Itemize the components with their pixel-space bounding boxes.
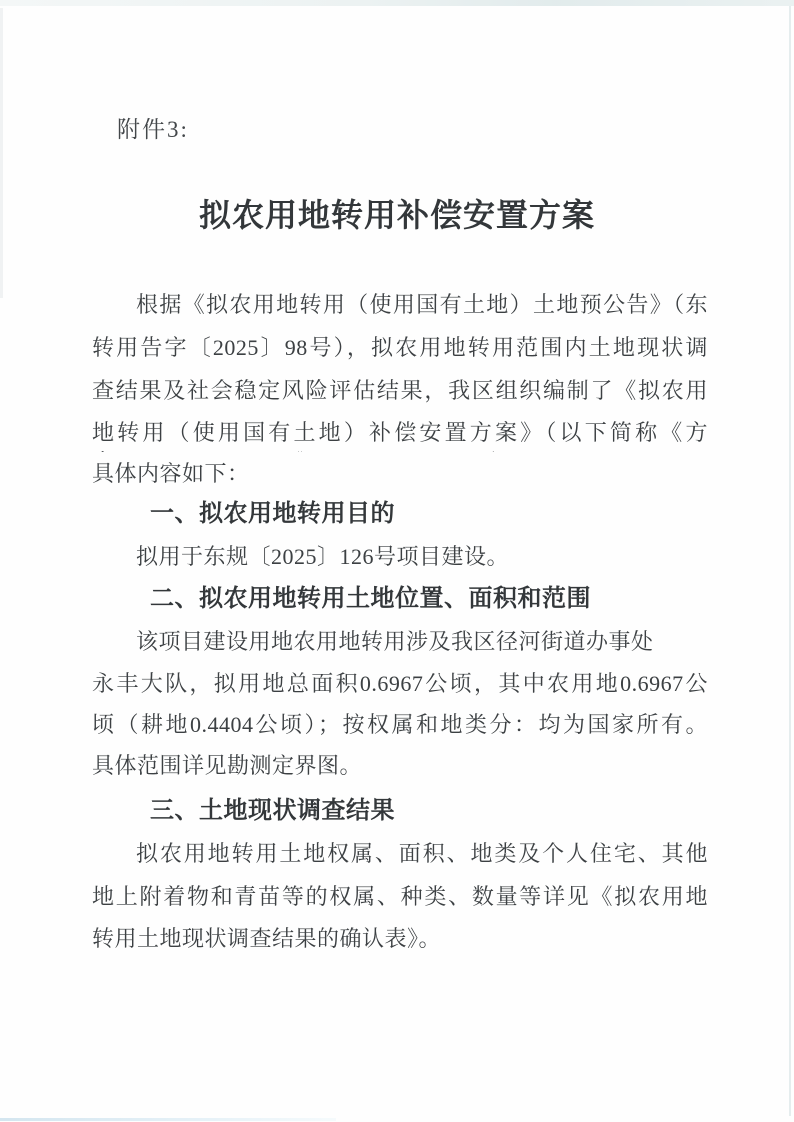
scan-artifact-left-edge [0,8,3,298]
page-title: 拟农用地转用补偿安置方案 [0,190,794,236]
section-heading-2: 二、拟农用地转用土地位置、面积和范围 [92,584,708,618]
scan-artifact-bottom-edge [0,1118,336,1121]
annex-label: 附件3: [117,111,189,144]
section-2-line: 具体范围详见勘测定界图。 [92,751,708,785]
intro-line: 查结果及社会稳定风险评估结果，我区组织编制了《拟农用 [92,376,708,410]
section-heading-3: 三、土地现状调查结果 [92,796,708,830]
scan-artifact-top-edge [0,0,794,6]
section-2-line: 永丰大队，拟用地总面积0.6967公顷，其中农用地0.6967公 [92,669,708,703]
section-3-line: 转用土地现状调查结果的确认表》。 [92,924,708,958]
section-heading-1: 一、拟农用地转用目的 [92,499,708,533]
intro-line: 地转用（使用国有土地）补偿安置方案》（以下简称《方案》）， [92,418,708,452]
section-2-line: 该项目建设用地农用地转用涉及我区径河街道办事处 [92,627,708,661]
section-2-line: 顷（耕地0.4404公顷）；按权属和地类分：均为国家所有。 [92,710,708,744]
scan-artifact-right-edge [789,6,791,1116]
section-3-line: 地上附着物和青苗等的权属、种类、数量等详见《拟农用地 [92,882,708,916]
intro-line: 转用告字〔2025〕98号），拟农用地转用范围内土地现状调 [92,333,708,367]
intro-line: 具体内容如下： [92,459,708,493]
document-page: 附件3: 拟农用地转用补偿安置方案 根据《拟农用地转用（使用国有土地）土地预公告… [0,0,794,1122]
section-1-line: 拟用于东规〔2025〕126号项目建设。 [92,542,708,576]
section-3-line: 拟农用地转用土地权属、面积、地类及个人住宅、其他 [92,839,708,873]
intro-line: 根据《拟农用地转用（使用国有土地）土地预公告》（东 [92,290,708,324]
